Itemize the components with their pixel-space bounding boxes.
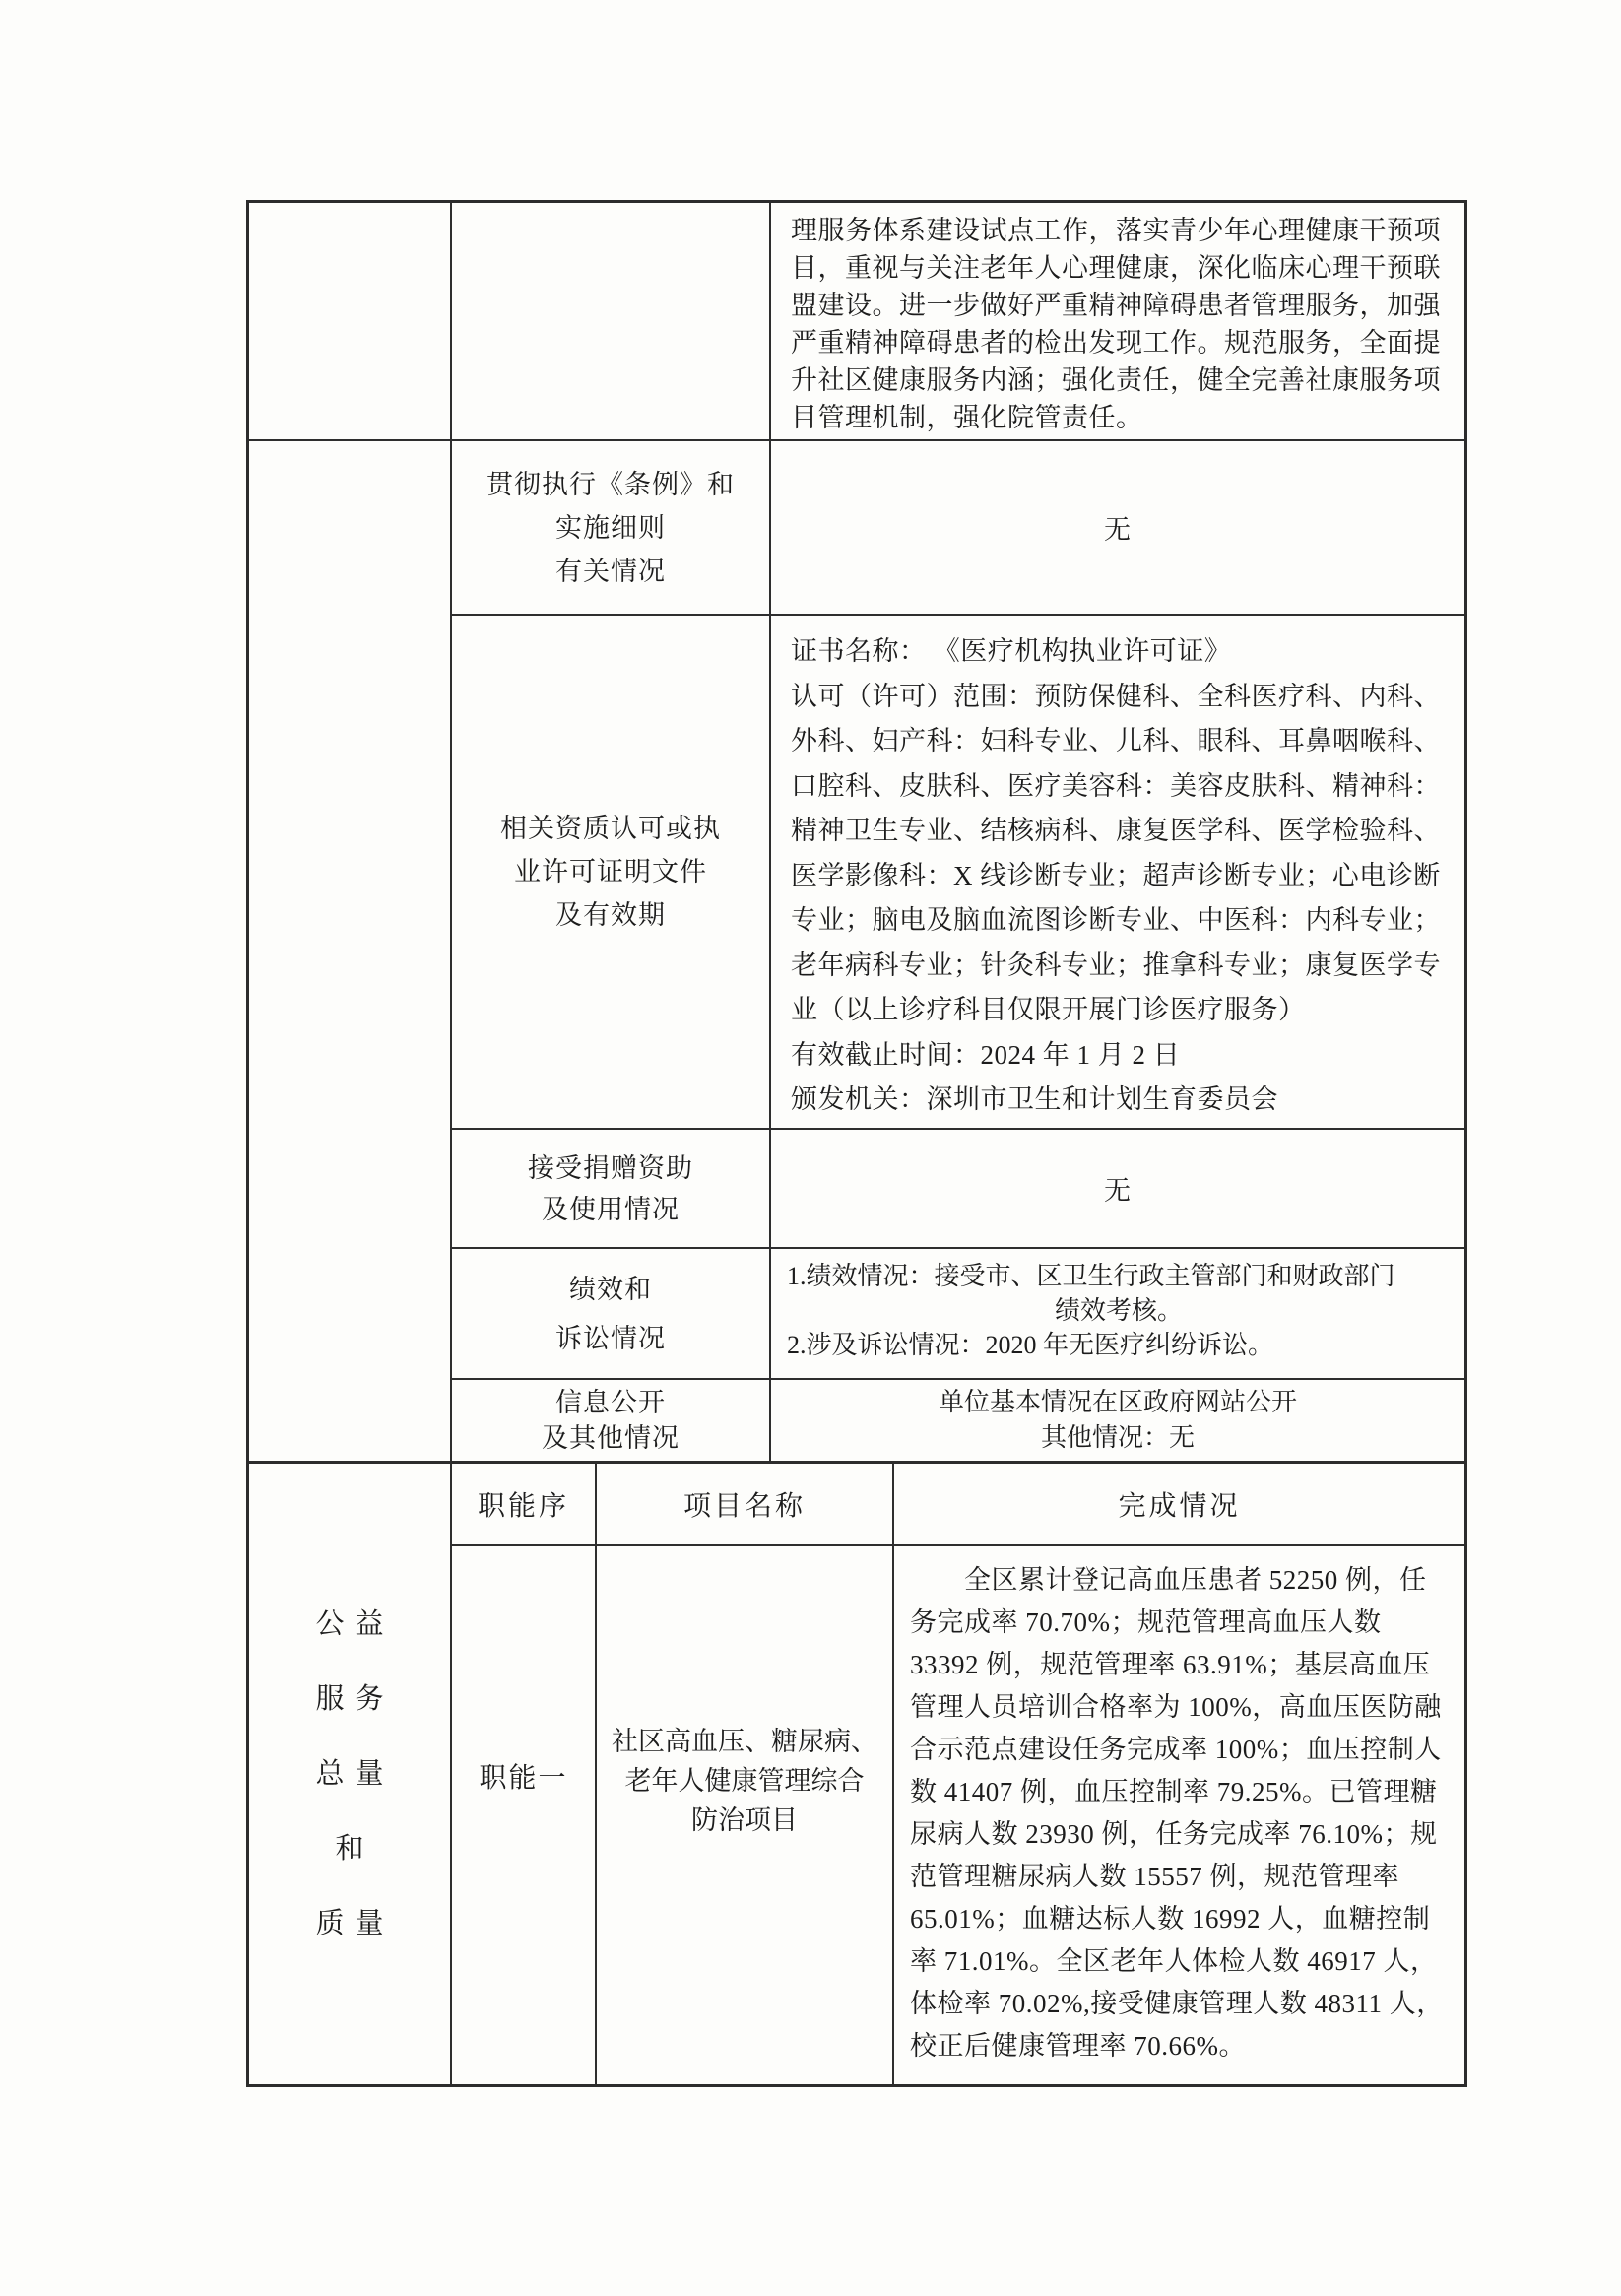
public-service-data-row: 职能一 社区高血压、糖尿病、 老年人健康管理综合 防治项目 全区累计登记高血压患…: [452, 1546, 1464, 2084]
continuation-label-empty-cell: [452, 203, 771, 439]
donation-label: 接受捐赠资助 及使用情况: [452, 1130, 771, 1247]
upper-rows-right: 贯彻执行《条例》和 实施细则 有关情况 无 相关资质认可或执 业许可证明文件 及…: [452, 441, 1464, 1461]
disclosure-line-1: 单位基本情况在区政府网站公开: [771, 1385, 1464, 1420]
row-performance-litigation: 绩效和 诉讼情况 1.绩效情况：接受市、区卫生行政主管部门和财政部门 绩效考核。…: [452, 1249, 1464, 1380]
completion-status-text: 全区累计登记高血压患者 52250 例，任 务完成率 70.70%；规范管理高血…: [894, 1546, 1464, 2067]
continuation-text: 理服务体系建设试点工作，落实青少年心理健康干预项 目，重视与关注老年人心理健康，…: [791, 212, 1447, 436]
public-service-table: 职能序 项目名称 完成情况 职能一 社区高血压、糖尿病、 老年人健康管理综合 防…: [452, 1464, 1464, 2084]
qualification-label: 相关资质认可或执 业许可证明文件 及有效期: [452, 616, 771, 1128]
continuation-value-cell: 理服务体系建设试点工作，落实青少年心理健康干预项 目，重视与关注老年人心理健康，…: [771, 203, 1464, 439]
side-word-5: 质量: [304, 1910, 394, 1938]
section-upper-rows: 贯彻执行《条例》和 实施细则 有关情况 无 相关资质认可或执 业许可证明文件 及…: [249, 441, 1464, 1464]
project-name-cell: 社区高血压、糖尿病、 老年人健康管理综合 防治项目: [597, 1546, 894, 2084]
row-continuation: 理服务体系建设试点工作，落实青少年心理健康干预项 目，重视与关注老年人心理健康，…: [249, 203, 1464, 441]
side-word-3: 总量: [304, 1760, 394, 1789]
qualification-value: 证书名称： 《医疗机构执业许可证》 认可（许可）范围：预防保健科、全科医疗科、内…: [771, 616, 1464, 1128]
annual-report-table: 理服务体系建设试点工作，落实青少年心理健康干预项 目，重视与关注老年人心理健康，…: [246, 200, 1467, 2087]
completion-status-cell: 全区累计登记高血压患者 52250 例，任 务完成率 70.70%；规范管理高血…: [894, 1546, 1464, 2084]
row-donation: 接受捐赠资助 及使用情况 无: [452, 1130, 1464, 1249]
disclosure-line-2: 其他情况：无: [771, 1420, 1464, 1456]
performance-value: 1.绩效情况：接受市、区卫生行政主管部门和财政部门 绩效考核。 2.涉及诉讼情况…: [771, 1249, 1464, 1378]
header-completion-status: 完成情况: [894, 1464, 1464, 1544]
regulation-label: 贯彻执行《条例》和 实施细则 有关情况: [452, 441, 771, 614]
public-service-header-row: 职能序 项目名称 完成情况: [452, 1464, 1464, 1546]
side-word-1: 公益: [304, 1610, 394, 1639]
header-project-name: 项目名称: [597, 1464, 894, 1544]
disclosure-value: 单位基本情况在区政府网站公开 其他情况：无: [771, 1380, 1464, 1461]
row-information-disclosure: 信息公开 及其他情况 单位基本情况在区政府网站公开 其他情况：无: [452, 1380, 1464, 1461]
row-regulation: 贯彻执行《条例》和 实施细则 有关情况 无: [452, 441, 1464, 616]
row-qualification: 相关资质认可或执 业许可证明文件 及有效期 证书名称： 《医疗机构执业许可证》 …: [452, 616, 1464, 1130]
side-word-4: 和: [324, 1835, 374, 1864]
scanned-report-page: 理服务体系建设试点工作，落实青少年心理健康干预项 目，重视与关注老年人心理健康，…: [0, 0, 1621, 2296]
function-order-cell: 职能一: [452, 1546, 597, 2084]
header-function-order: 职能序: [452, 1464, 597, 1544]
performance-line-3: 2.涉及诉讼情况：2020 年无医疗纠纷诉讼。: [787, 1328, 1451, 1362]
continuation-left-empty-cell: [249, 203, 452, 439]
performance-label: 绩效和 诉讼情况: [452, 1249, 771, 1378]
left-span-empty-cell: [249, 441, 452, 1461]
disclosure-label: 信息公开 及其他情况: [452, 1380, 771, 1461]
performance-line-1: 1.绩效情况：接受市、区卫生行政主管部门和财政部门: [787, 1259, 1451, 1293]
regulation-value: 无: [771, 441, 1464, 614]
side-word-2: 服务: [304, 1685, 394, 1714]
section-public-service: 公益 服务 总量 和 质量 职能序 项目名称 完成情况 职能一 社区高血压、糖尿…: [249, 1464, 1464, 2084]
public-service-side-title: 公益 服务 总量 和 质量: [249, 1464, 452, 2084]
donation-value: 无: [771, 1130, 1464, 1247]
performance-line-2: 绩效考核。: [787, 1293, 1451, 1328]
